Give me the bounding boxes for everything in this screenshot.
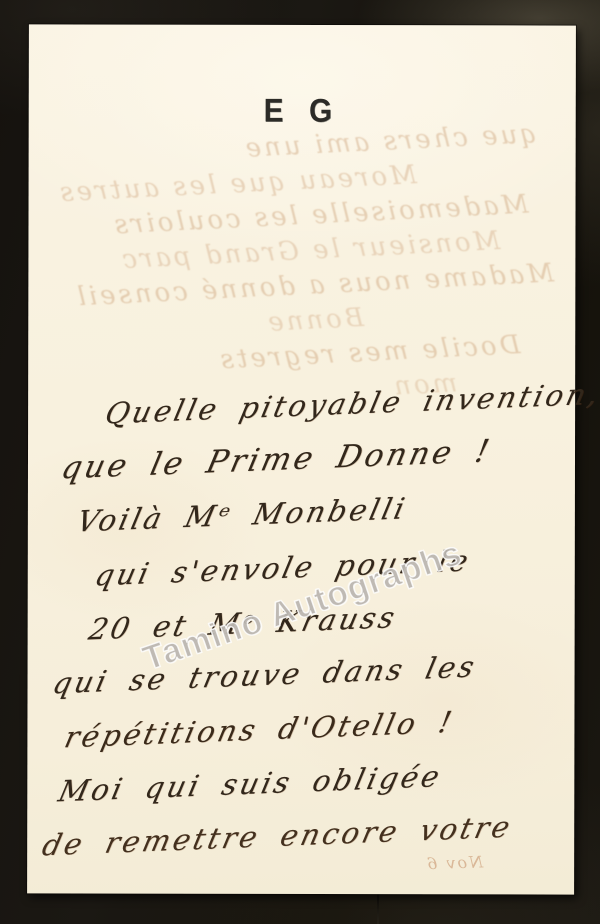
- handwritten-body: Quelle pitoyable invention, que le Prime…: [27, 396, 575, 883]
- bleedthrough-date-mark: Nov 6: [425, 852, 484, 873]
- letter-paper: E G que chers ami une Moreau que les aut…: [27, 24, 576, 894]
- black-backdrop: E G que chers ami une Moreau que les aut…: [0, 0, 600, 924]
- backdrop-crease: [377, 894, 379, 924]
- handwriting-line: de remettre encore votre: [39, 828, 574, 883]
